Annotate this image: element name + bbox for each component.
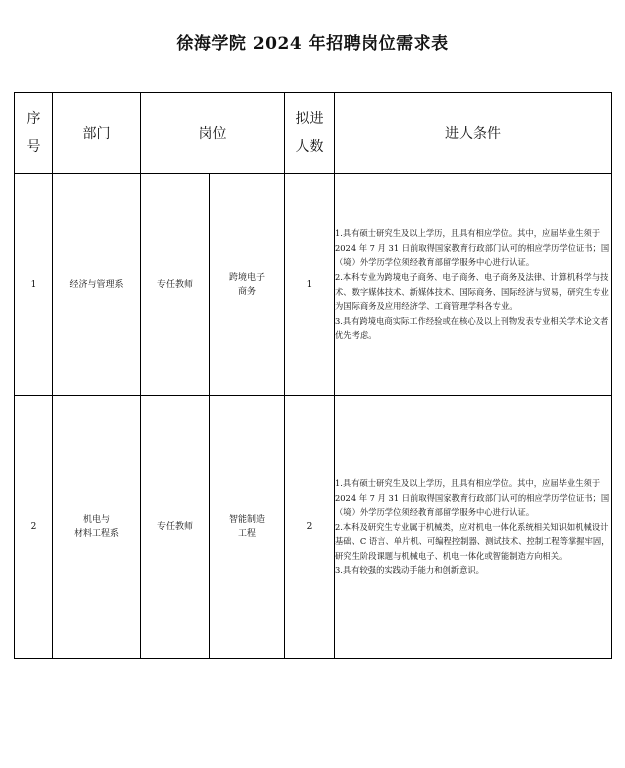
requirement-item: 2.本科及研究生专业属于机械类，应对机电一体化系统相关知识如机械设计基础、C 语… xyxy=(335,520,611,564)
cell-requirements: 1.具有硕士研究生及以上学历，且具有相应学位。其中，应届毕业生须于 2024 年… xyxy=(335,396,612,659)
department-line2: 材料工程系 xyxy=(53,527,140,541)
requirement-item: 2.本科专业为跨境电子商务、电子商务、电子商务及法律、计算机科学与技术、数字媒体… xyxy=(335,270,611,314)
header-row: 序 号 部门 岗位 拟进 人数 进人条件 xyxy=(15,93,612,174)
table-row: 1 经济与管理系 专任教师 跨境电子 商务 1 1.具有硕士研究生及以上学历，且… xyxy=(15,174,612,396)
table-row: 2 机电与 材料工程系 专任教师 智能制造 工程 2 1.具有硕士研究生及以上学… xyxy=(15,396,612,659)
cell-position-name: 跨境电子 商务 xyxy=(210,174,285,396)
cell-position-type: 专任教师 xyxy=(141,396,210,659)
cell-count: 2 xyxy=(285,396,335,659)
department-line1: 经济与管理系 xyxy=(53,278,140,292)
requirement-item: 1.具有硕士研究生及以上学历，且具有相应学位。其中，应届毕业生须于 2024 年… xyxy=(335,476,611,520)
cell-count: 1 xyxy=(285,174,335,396)
header-seq-line1: 序 xyxy=(15,105,52,133)
header-seq: 序 号 xyxy=(15,93,53,174)
header-seq-line2: 号 xyxy=(15,133,52,161)
requirement-item: 3.具有较强的实践动手能力和创新意识。 xyxy=(335,563,611,578)
header-position: 岗位 xyxy=(141,93,285,174)
recruitment-table: 序 号 部门 岗位 拟进 人数 进人条件 1 经济与管理系 专任教师 跨境电子 … xyxy=(14,92,612,659)
department-line1: 机电与 xyxy=(53,513,140,527)
position-name-line2: 工程 xyxy=(210,527,284,541)
header-department: 部门 xyxy=(53,93,141,174)
header-count: 拟进 人数 xyxy=(285,93,335,174)
position-name-line2: 商务 xyxy=(210,285,284,299)
page-title: 徐海学院 2024 年招聘岗位需求表 xyxy=(0,29,625,54)
cell-seq: 1 xyxy=(15,174,53,396)
cell-requirements: 1.具有硕士研究生及以上学历，且具有相应学位。其中，应届毕业生须于 2024 年… xyxy=(335,174,612,396)
cell-department: 经济与管理系 xyxy=(53,174,141,396)
requirement-item: 1.具有硕士研究生及以上学历，且具有相应学位。其中，应届毕业生须于 2024 年… xyxy=(335,226,611,270)
cell-seq: 2 xyxy=(15,396,53,659)
requirement-item: 3.具有跨境电商实际工作经验或在核心及以上刊物发表专业相关学术论文者优先考虑。 xyxy=(335,314,611,343)
header-count-line2: 人数 xyxy=(285,133,334,161)
cell-position-type: 专任教师 xyxy=(141,174,210,396)
header-requirements: 进人条件 xyxy=(335,93,612,174)
header-count-line1: 拟进 xyxy=(285,105,334,133)
cell-department: 机电与 材料工程系 xyxy=(53,396,141,659)
position-name-line1: 智能制造 xyxy=(210,513,284,527)
cell-position-name: 智能制造 工程 xyxy=(210,396,285,659)
position-name-line1: 跨境电子 xyxy=(210,271,284,285)
